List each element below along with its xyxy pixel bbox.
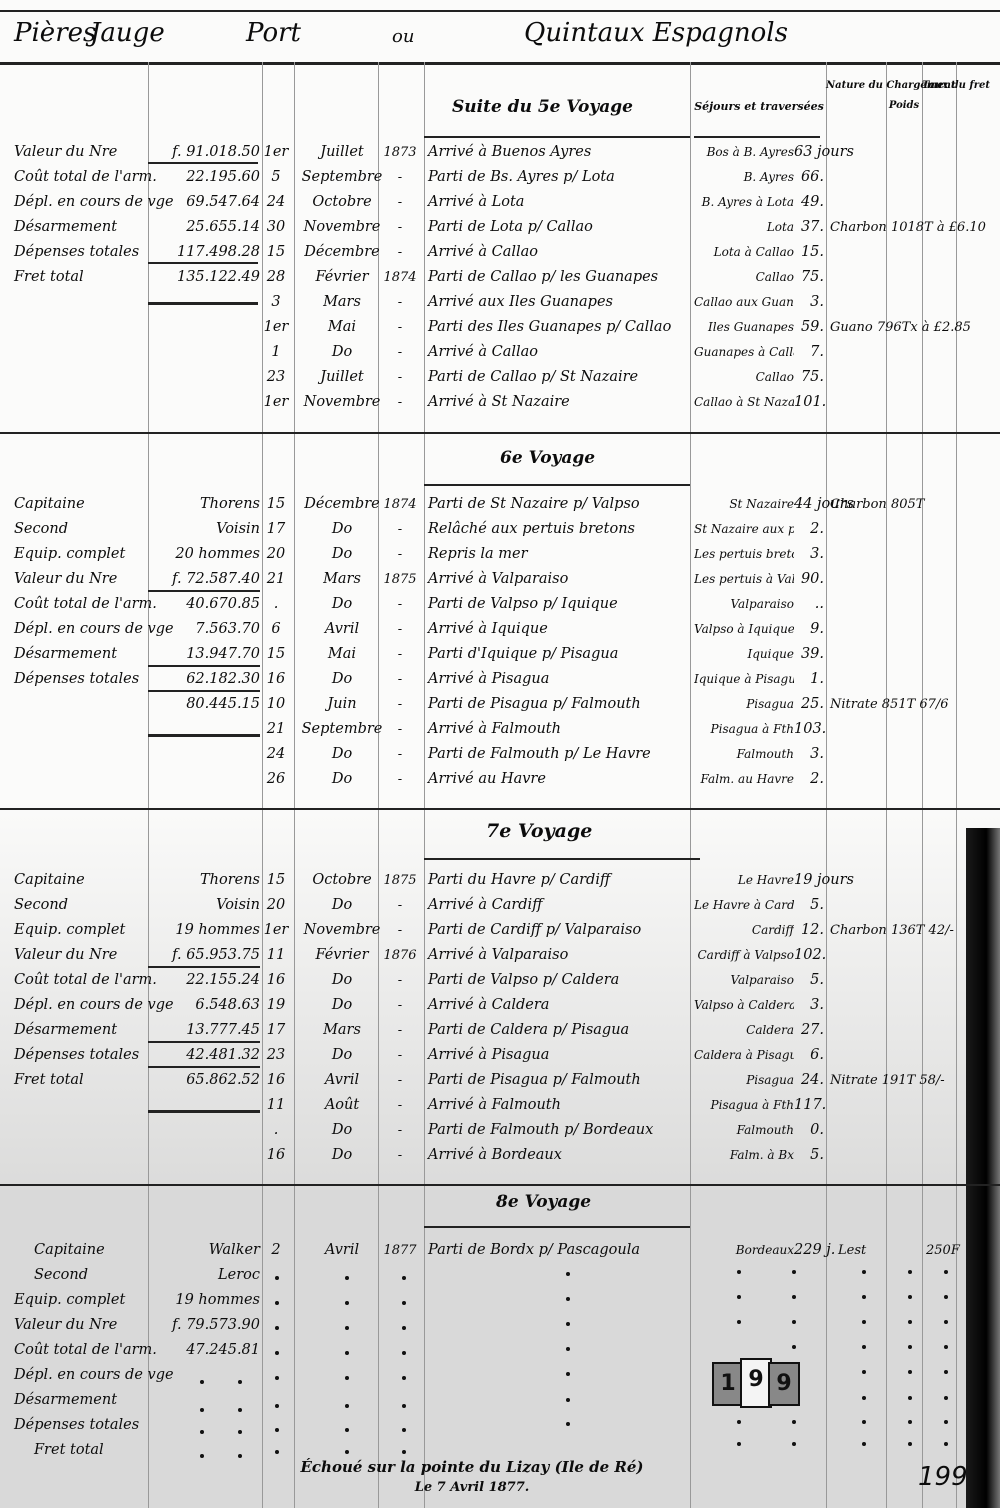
summary-row: SecondLeroc — [0, 1263, 1000, 1288]
log-entry: 15Décembre-Arrivé à CallaoLota à Callao1… — [0, 240, 1000, 265]
log-entry: 1Do-Arrivé à CallaoGuanapes à Callao7. — [0, 340, 1000, 365]
shipwreck-note: Échoué sur la pointe du Lizay (Ile de Ré… — [272, 1458, 672, 1476]
log-entry: 21Septembre-Arrivé à FalmouthPisagua à F… — [0, 717, 1000, 742]
header-freight-rate: Taux du fret — [922, 80, 962, 93]
log-entry: 17Do-Relâché aux pertuis bretonsSt Nazai… — [0, 517, 1000, 542]
voyage6-title: 6e Voyage — [500, 448, 595, 468]
log-entry: 1erJuillet1873Arrivé à Buenos AyresBos à… — [0, 140, 1000, 165]
header-port: Port — [246, 18, 301, 48]
log-entry: 1erMai-Parti des Iles Guanapes p/ Callao… — [0, 315, 1000, 340]
summary-row: Désarmement — [0, 1388, 1000, 1413]
title-underline — [424, 484, 690, 486]
top-rule — [0, 10, 1000, 12]
log-entry: 11Août-Arrivé à FalmouthPisagua à Fth117… — [0, 1093, 1000, 1118]
log-entry: 16Do-Arrivé à PisaguaIquique à Pisagua1. — [0, 667, 1000, 692]
section-rule — [0, 1184, 1000, 1186]
log-entry: 10Juin-Parti de Pisagua p/ FalmouthPisag… — [0, 692, 1000, 717]
log-entry: 1erNovembre-Arrivé à St NazaireCallao à … — [0, 390, 1000, 415]
summary-row: Equip. complet19 hommes — [0, 1288, 1000, 1313]
header-rule — [0, 62, 1000, 65]
log-entry: .Do-Parti de Falmouth p/ BordeauxFalmout… — [0, 1118, 1000, 1143]
voyage8-title: 8e Voyage — [496, 1192, 591, 1212]
log-entry: 2 Avril 1877 Parti de Bordx p/ Pascagoul… — [0, 1238, 1000, 1263]
log-entry: 26Do-Arrivé au HavreFalm. au Havre2. — [0, 767, 1000, 792]
log-entry: 24Octobre-Arrivé à LotaB. Ayres à Lota49… — [0, 190, 1000, 215]
header-ou: ou — [392, 26, 414, 47]
log-entry: 15Mai-Parti d'Iquique p/ PisaguaIquique3… — [0, 642, 1000, 667]
log-entry: 11Février1876Arrivé à ValparaisoCardiff … — [0, 943, 1000, 968]
page-number: 199 — [918, 1462, 968, 1492]
log-entry: 19Do-Arrivé à CalderaValpso à Caldera3. — [0, 993, 1000, 1018]
shipwreck-date: Le 7 Avril 1877. — [272, 1480, 672, 1495]
log-entry: 3Mars-Arrivé aux Iles GuanapesCallao aux… — [0, 290, 1000, 315]
summary-row: Dépenses totales — [0, 1413, 1000, 1438]
log-entry: 17Mars-Parti de Caldera p/ PisaguaCalder… — [0, 1018, 1000, 1043]
title-underline — [424, 136, 690, 138]
log-entry: 30Novembre-Parti de Lota p/ CallaoLota37… — [0, 215, 1000, 240]
header-route: Séjours et traversées — [694, 100, 824, 114]
log-entry: 1erNovembre-Parti de Cardiff p/ Valparai… — [0, 918, 1000, 943]
log-entry: .Do-Parti de Valpso p/ IquiqueValparaiso… — [0, 592, 1000, 617]
log-entry: 6Avril-Arrivé à IquiqueValpso à Iquique9… — [0, 617, 1000, 642]
section-rule — [0, 432, 1000, 434]
header-jauge: Jauge — [90, 18, 165, 48]
title-underline — [424, 858, 700, 860]
log-entry: 16Do-Arrivé à BordeauxFalm. à Bx5. — [0, 1143, 1000, 1168]
header-pieces: Pières — [14, 18, 96, 48]
title-underline — [424, 1226, 690, 1228]
log-entry: 16Avril-Parti de Pisagua p/ FalmouthPisa… — [0, 1068, 1000, 1093]
log-entry: 23Juillet-Parti de Callao p/ St NazaireC… — [0, 365, 1000, 390]
summary-row: Valeur du Nref. 79.573.90 — [0, 1313, 1000, 1338]
log-entry: 15Octobre1875Parti du Havre p/ CardiffLe… — [0, 868, 1000, 893]
page-number-stamp: 1 9 9 — [712, 1358, 804, 1408]
log-entry: 5Septembre-Parti de Bs. Ayres p/ LotaB. … — [0, 165, 1000, 190]
log-entry: 20Do-Arrivé à CardiffLe Havre à Cardiff5… — [0, 893, 1000, 918]
title-underline — [694, 136, 820, 138]
header-weight: Poids — [886, 100, 922, 113]
log-entry: 20Do-Repris la merLes pertuis bretons3. — [0, 542, 1000, 567]
log-entry: 21Mars1875Arrivé à ValparaisoLes pertuis… — [0, 567, 1000, 592]
section-rule — [0, 808, 1000, 810]
ledger-page: Pières Jauge Port ou Quintaux Espagnols … — [0, 0, 1000, 1508]
header-cargo-nature: Nature du Chargement — [826, 80, 884, 93]
summary-row: Dépl. en cours de vge — [0, 1363, 1000, 1388]
log-entry: 15Décembre1874Parti de St Nazaire p/ Val… — [0, 492, 1000, 517]
voyage5-title: Suite du 5e Voyage — [452, 97, 633, 117]
header-quintaux: Quintaux Espagnols — [524, 18, 788, 48]
summary-row: Coût total de l'arm.47.245.81 — [0, 1338, 1000, 1363]
log-entry: 16Do-Parti de Valpso p/ CalderaValparais… — [0, 968, 1000, 993]
log-entry: 28Février1874Parti de Callao p/ les Guan… — [0, 265, 1000, 290]
log-entry: 24Do-Parti de Falmouth p/ Le HavreFalmou… — [0, 742, 1000, 767]
log-entry: 23Do-Arrivé à PisaguaCaldera à Pisagua6. — [0, 1043, 1000, 1068]
voyage7-title: 7e Voyage — [486, 820, 592, 842]
